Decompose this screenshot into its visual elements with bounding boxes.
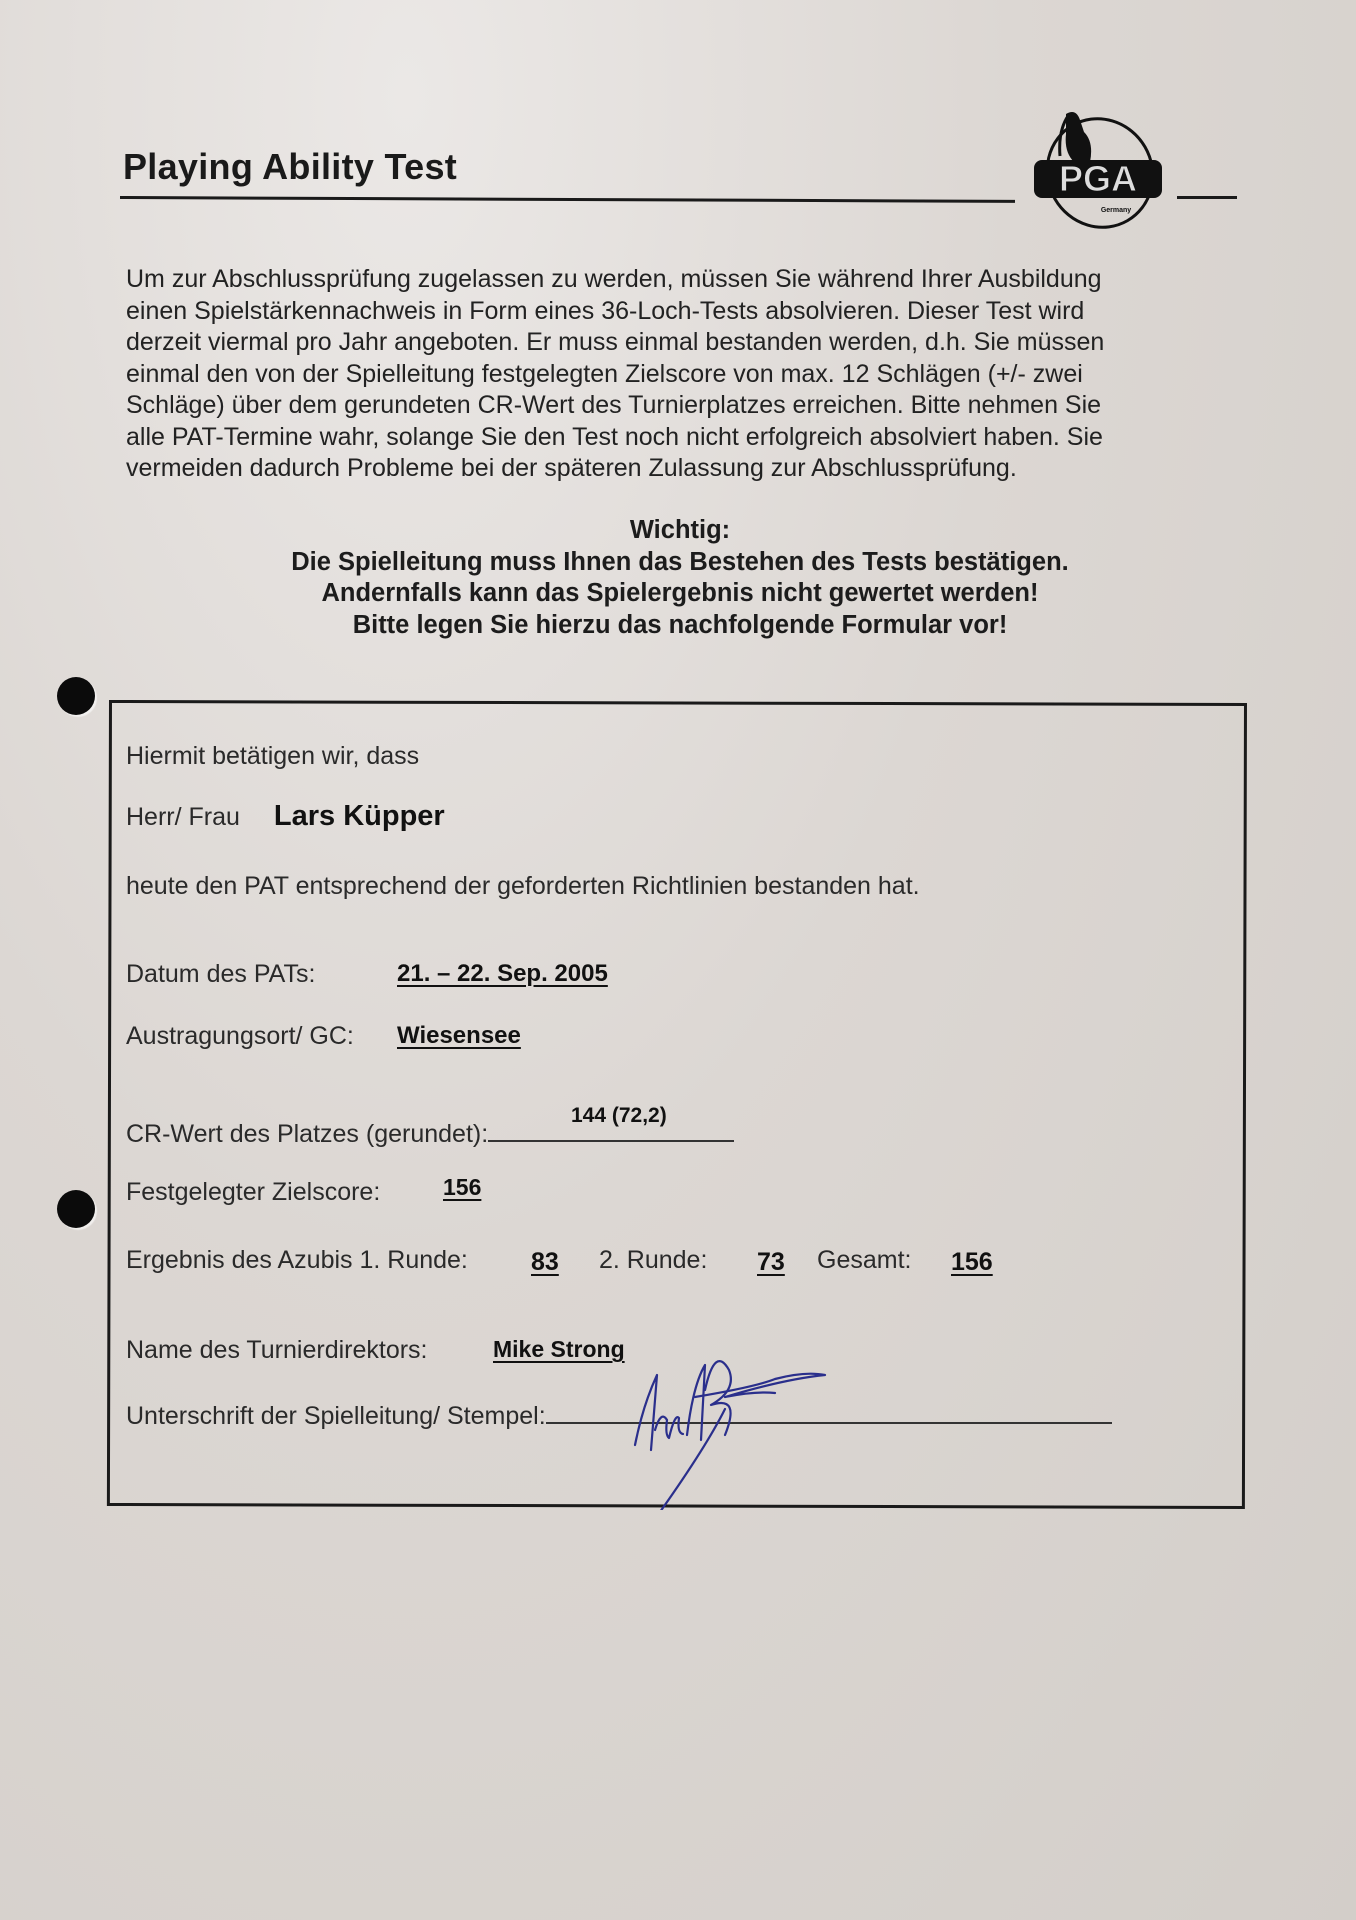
pga-golfer-logo-icon: PGA Germany (1028, 108, 1168, 233)
svg-text:Germany: Germany (1101, 207, 1131, 214)
signature-label: Unterschrift der Spielleitung/ Stempel: (126, 1402, 546, 1430)
cr-row: CR-Wert des Platzes (gerundet): (126, 1118, 734, 1149)
target-row: Festgelegter Zielscore: 156 (126, 1178, 380, 1207)
confirm-text: Hiermit betätigen wir, dass (126, 742, 419, 771)
cr-label: CR-Wert des Platzes (gerundet): (126, 1120, 488, 1148)
result-label: Ergebnis des Azubis 1. Runde: (126, 1246, 468, 1274)
round1-value: 83 (531, 1248, 559, 1277)
salutation-label: Herr/ Frau (126, 803, 240, 831)
page-title: Playing Ability Test (123, 146, 457, 188)
director-label: Name des Turnierdirektors: (126, 1336, 428, 1364)
title-rule-right (1177, 196, 1237, 199)
important-notice: Wichtig: Die Spielleitung muss Ihnen das… (180, 515, 1180, 641)
intro-line: alle PAT-Termine wahr, solange Sie den T… (126, 422, 1236, 454)
intro-line: vermeiden dadurch Probleme bei der späte… (126, 453, 1236, 485)
important-line: Die Spielleitung muss Ihnen das Bestehen… (180, 547, 1180, 579)
passed-text: heute den PAT entsprechend der gefordert… (126, 872, 920, 901)
punch-hole (57, 677, 95, 715)
venue-label: Austragungsort/ GC: (126, 1022, 354, 1050)
venue-value: Wiesensee (397, 1022, 521, 1050)
total-value: 156 (951, 1248, 993, 1277)
total-label: Gesamt: (817, 1246, 911, 1275)
punch-hole (57, 1190, 95, 1228)
venue-row: Austragungsort/ GC: Wiesensee (126, 1022, 354, 1051)
target-label: Festgelegter Zielscore: (126, 1178, 380, 1206)
handwritten-signature-icon (625, 1335, 915, 1510)
director-value: Mike Strong (493, 1336, 625, 1363)
intro-line: einen Spielstärkennachweis in Form eines… (126, 296, 1236, 328)
intro-line: Um zur Abschlussprüfung zugelassen zu we… (126, 264, 1236, 296)
title-rule (120, 196, 1015, 203)
important-line: Andernfalls kann das Spielergebnis nicht… (180, 578, 1180, 610)
svg-text:PGA: PGA (1059, 158, 1137, 199)
cr-blank-line (488, 1118, 734, 1142)
target-value: 156 (443, 1174, 481, 1201)
important-line: Bitte legen Sie hierzu das nachfolgende … (180, 610, 1180, 642)
intro-paragraph: Um zur Abschlussprüfung zugelassen zu we… (126, 264, 1236, 485)
important-heading: Wichtig: (180, 515, 1180, 547)
result-row: Ergebnis des Azubis 1. Runde: 83 2. Rund… (126, 1246, 468, 1275)
date-value: 21. – 22. Sep. 2005 (397, 960, 608, 988)
signature-row: Unterschrift der Spielleitung/ Stempel: (126, 1400, 1112, 1431)
intro-line: derzeit viermal pro Jahr angeboten. Er m… (126, 327, 1236, 359)
intro-line: einmal den von der Spielleitung festgele… (126, 359, 1236, 391)
candidate-row: Herr/ FrauLars Küpper (126, 800, 445, 833)
intro-line: Schläge) über dem gerundeten CR-Wert des… (126, 390, 1236, 422)
candidate-name: Lars Küpper (274, 800, 445, 832)
director-row: Name des Turnierdirektors: Mike Strong (126, 1336, 428, 1365)
round2-label: 2. Runde: (599, 1246, 707, 1275)
date-row: Datum des PATs: 21. – 22. Sep. 2005 (126, 960, 315, 989)
date-label: Datum des PATs: (126, 960, 315, 988)
round2-value: 73 (757, 1248, 785, 1277)
